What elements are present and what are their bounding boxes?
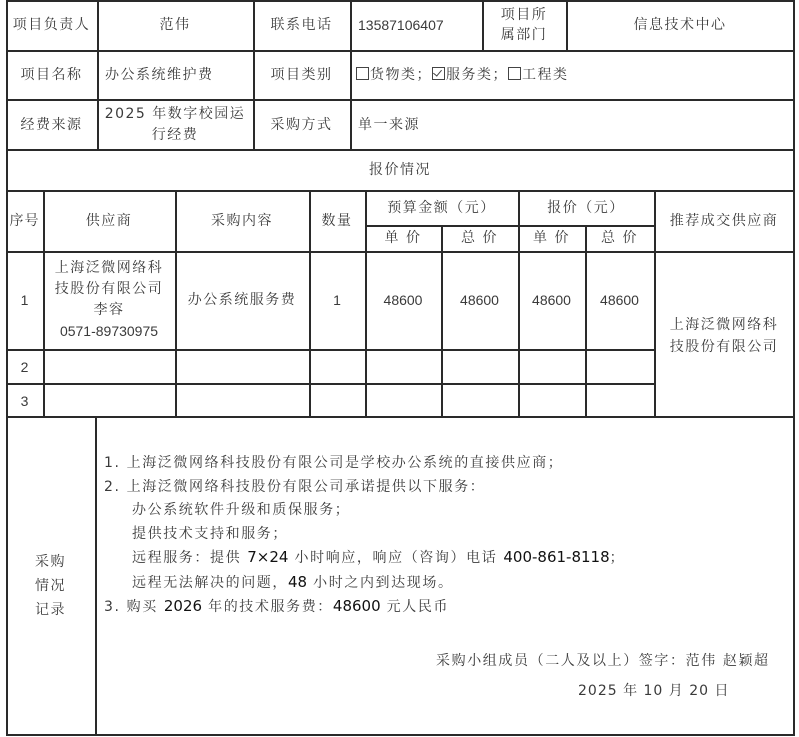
supplier-name-line1: 上海泛微网络科 <box>55 258 164 279</box>
supplier-name-line2: 技股份有限公司 <box>55 279 164 300</box>
record-item-1: 1. 上海泛微网络科技股份有限公司是学校办公系统的直接供应商； <box>104 452 625 476</box>
funding-value: 2025 年数字校园运 行经费 <box>97 100 253 150</box>
quote-unit-cell: 48600 <box>518 251 585 349</box>
quote-total-header: 总 价 <box>585 225 654 251</box>
service-hours: 7×24 <box>247 548 288 566</box>
record-subitem-1: 办公系统软件升级和质保服务； <box>104 499 625 523</box>
project-name-value: 办公系统维护费 <box>97 50 253 100</box>
project-leader-label: 项目负责人 <box>6 0 97 50</box>
funding-label: 经费来源 <box>6 100 97 150</box>
budget-total-cell: 48600 <box>441 251 518 349</box>
budget-unit-cell: 48600 <box>365 251 441 349</box>
phone-label: 联系电话 <box>253 0 350 50</box>
col-recommended-header: 推荐成交供应商 <box>654 190 794 251</box>
category-options: 货物类； 服务类； 工程类 <box>350 50 794 100</box>
record-content: 1. 上海泛微网络科技股份有限公司是学校办公系统的直接供应商； 2. 上海泛微网… <box>104 452 625 620</box>
record-label-line2: 情况 <box>35 574 66 598</box>
col-budget-header: 预算金额（元） <box>365 190 518 225</box>
quote-total-cell: 48600 <box>585 251 654 349</box>
budget-unit-header: 单 价 <box>365 225 441 251</box>
record-date: 2025 年 10 月 20 日 <box>578 680 730 700</box>
record-item-3: 3. 购买 2026 年的技术服务费：48600 元人民币 <box>104 595 625 620</box>
record-label: 采购 情况 记录 <box>6 417 95 735</box>
signature-line: 采购小组成员（二人及以上）签字：范伟 赵颖超 <box>436 650 770 670</box>
quote-section-title: 报价情况 <box>6 150 794 190</box>
quote-unit-header: 单 价 <box>518 225 585 251</box>
col-index-header: 序号 <box>6 190 43 251</box>
record-label-line1: 采购 <box>35 550 66 574</box>
row-index: 3 <box>6 384 43 417</box>
record-item-2: 2. 上海泛微网络科技股份有限公司承诺提供以下服务： <box>104 476 625 500</box>
supplier-contact: 李容 <box>94 300 125 321</box>
col-content-header: 采购内容 <box>175 190 309 251</box>
checkbox-checked-icon[interactable] <box>432 67 445 80</box>
method-label: 采购方式 <box>253 100 350 150</box>
row-line <box>6 349 654 351</box>
department-label-line2: 属部门 <box>501 25 548 45</box>
record-subitem-3: 远程服务：提供 7×24 小时响应，响应（咨询）电话 400-861-8118； <box>104 546 625 571</box>
project-name-label: 项目名称 <box>6 50 97 100</box>
col-supplier-header: 供应商 <box>43 190 175 251</box>
quantity-cell: 1 <box>309 251 365 349</box>
category-service[interactable]: 服务类； <box>432 65 508 85</box>
recommended-line1: 上海泛微网络科 <box>670 314 779 336</box>
col-line <box>95 417 97 735</box>
funding-line1: 2025 年数字校园运 <box>105 104 246 125</box>
category-goods[interactable]: 货物类； <box>356 65 432 85</box>
recommended-supplier-cell: 上海泛微网络科 技股份有限公司 <box>654 251 794 417</box>
checkbox-unchecked-icon[interactable] <box>356 67 369 80</box>
col-quote-header: 报价（元） <box>518 190 654 225</box>
supplier-phone: 0571-89730975 <box>60 321 158 342</box>
service-year: 2026 <box>164 597 202 615</box>
service-phone: 400-861-8118 <box>503 548 609 566</box>
row-index: 1 <box>6 251 43 349</box>
phone-value: 13587106407 <box>350 0 482 50</box>
row-index: 2 <box>6 350 43 383</box>
category-engineering[interactable]: 工程类 <box>508 65 569 85</box>
record-label-line3: 记录 <box>35 598 66 622</box>
funding-line2: 行经费 <box>152 125 199 146</box>
service-amount: 48600 <box>333 597 381 615</box>
record-subitem-2: 提供技术支持和服务； <box>104 523 625 547</box>
checkbox-unchecked-icon[interactable] <box>508 67 521 80</box>
project-leader-value: 范伟 <box>97 0 253 50</box>
category-label: 项目类别 <box>253 50 350 100</box>
record-subitem-4: 远程无法解决的问题，48 小时之内到达现场。 <box>104 571 625 596</box>
department-value: 信息技术中心 <box>566 0 794 50</box>
budget-total-header: 总 价 <box>441 225 518 251</box>
content-cell: 办公系统服务费 <box>175 251 309 349</box>
method-value: 单一来源 <box>350 100 794 150</box>
row-line <box>6 383 654 385</box>
supplier-cell: 上海泛微网络科 技股份有限公司 李容 0571-89730975 <box>43 251 175 349</box>
recommended-line2: 技股份有限公司 <box>670 336 779 358</box>
department-label: 项目所 属部门 <box>482 0 566 50</box>
col-quantity-header: 数量 <box>309 190 365 251</box>
onsite-hours: 48 <box>288 573 307 591</box>
department-label-line1: 项目所 <box>501 5 548 25</box>
border-bottom <box>6 734 795 736</box>
